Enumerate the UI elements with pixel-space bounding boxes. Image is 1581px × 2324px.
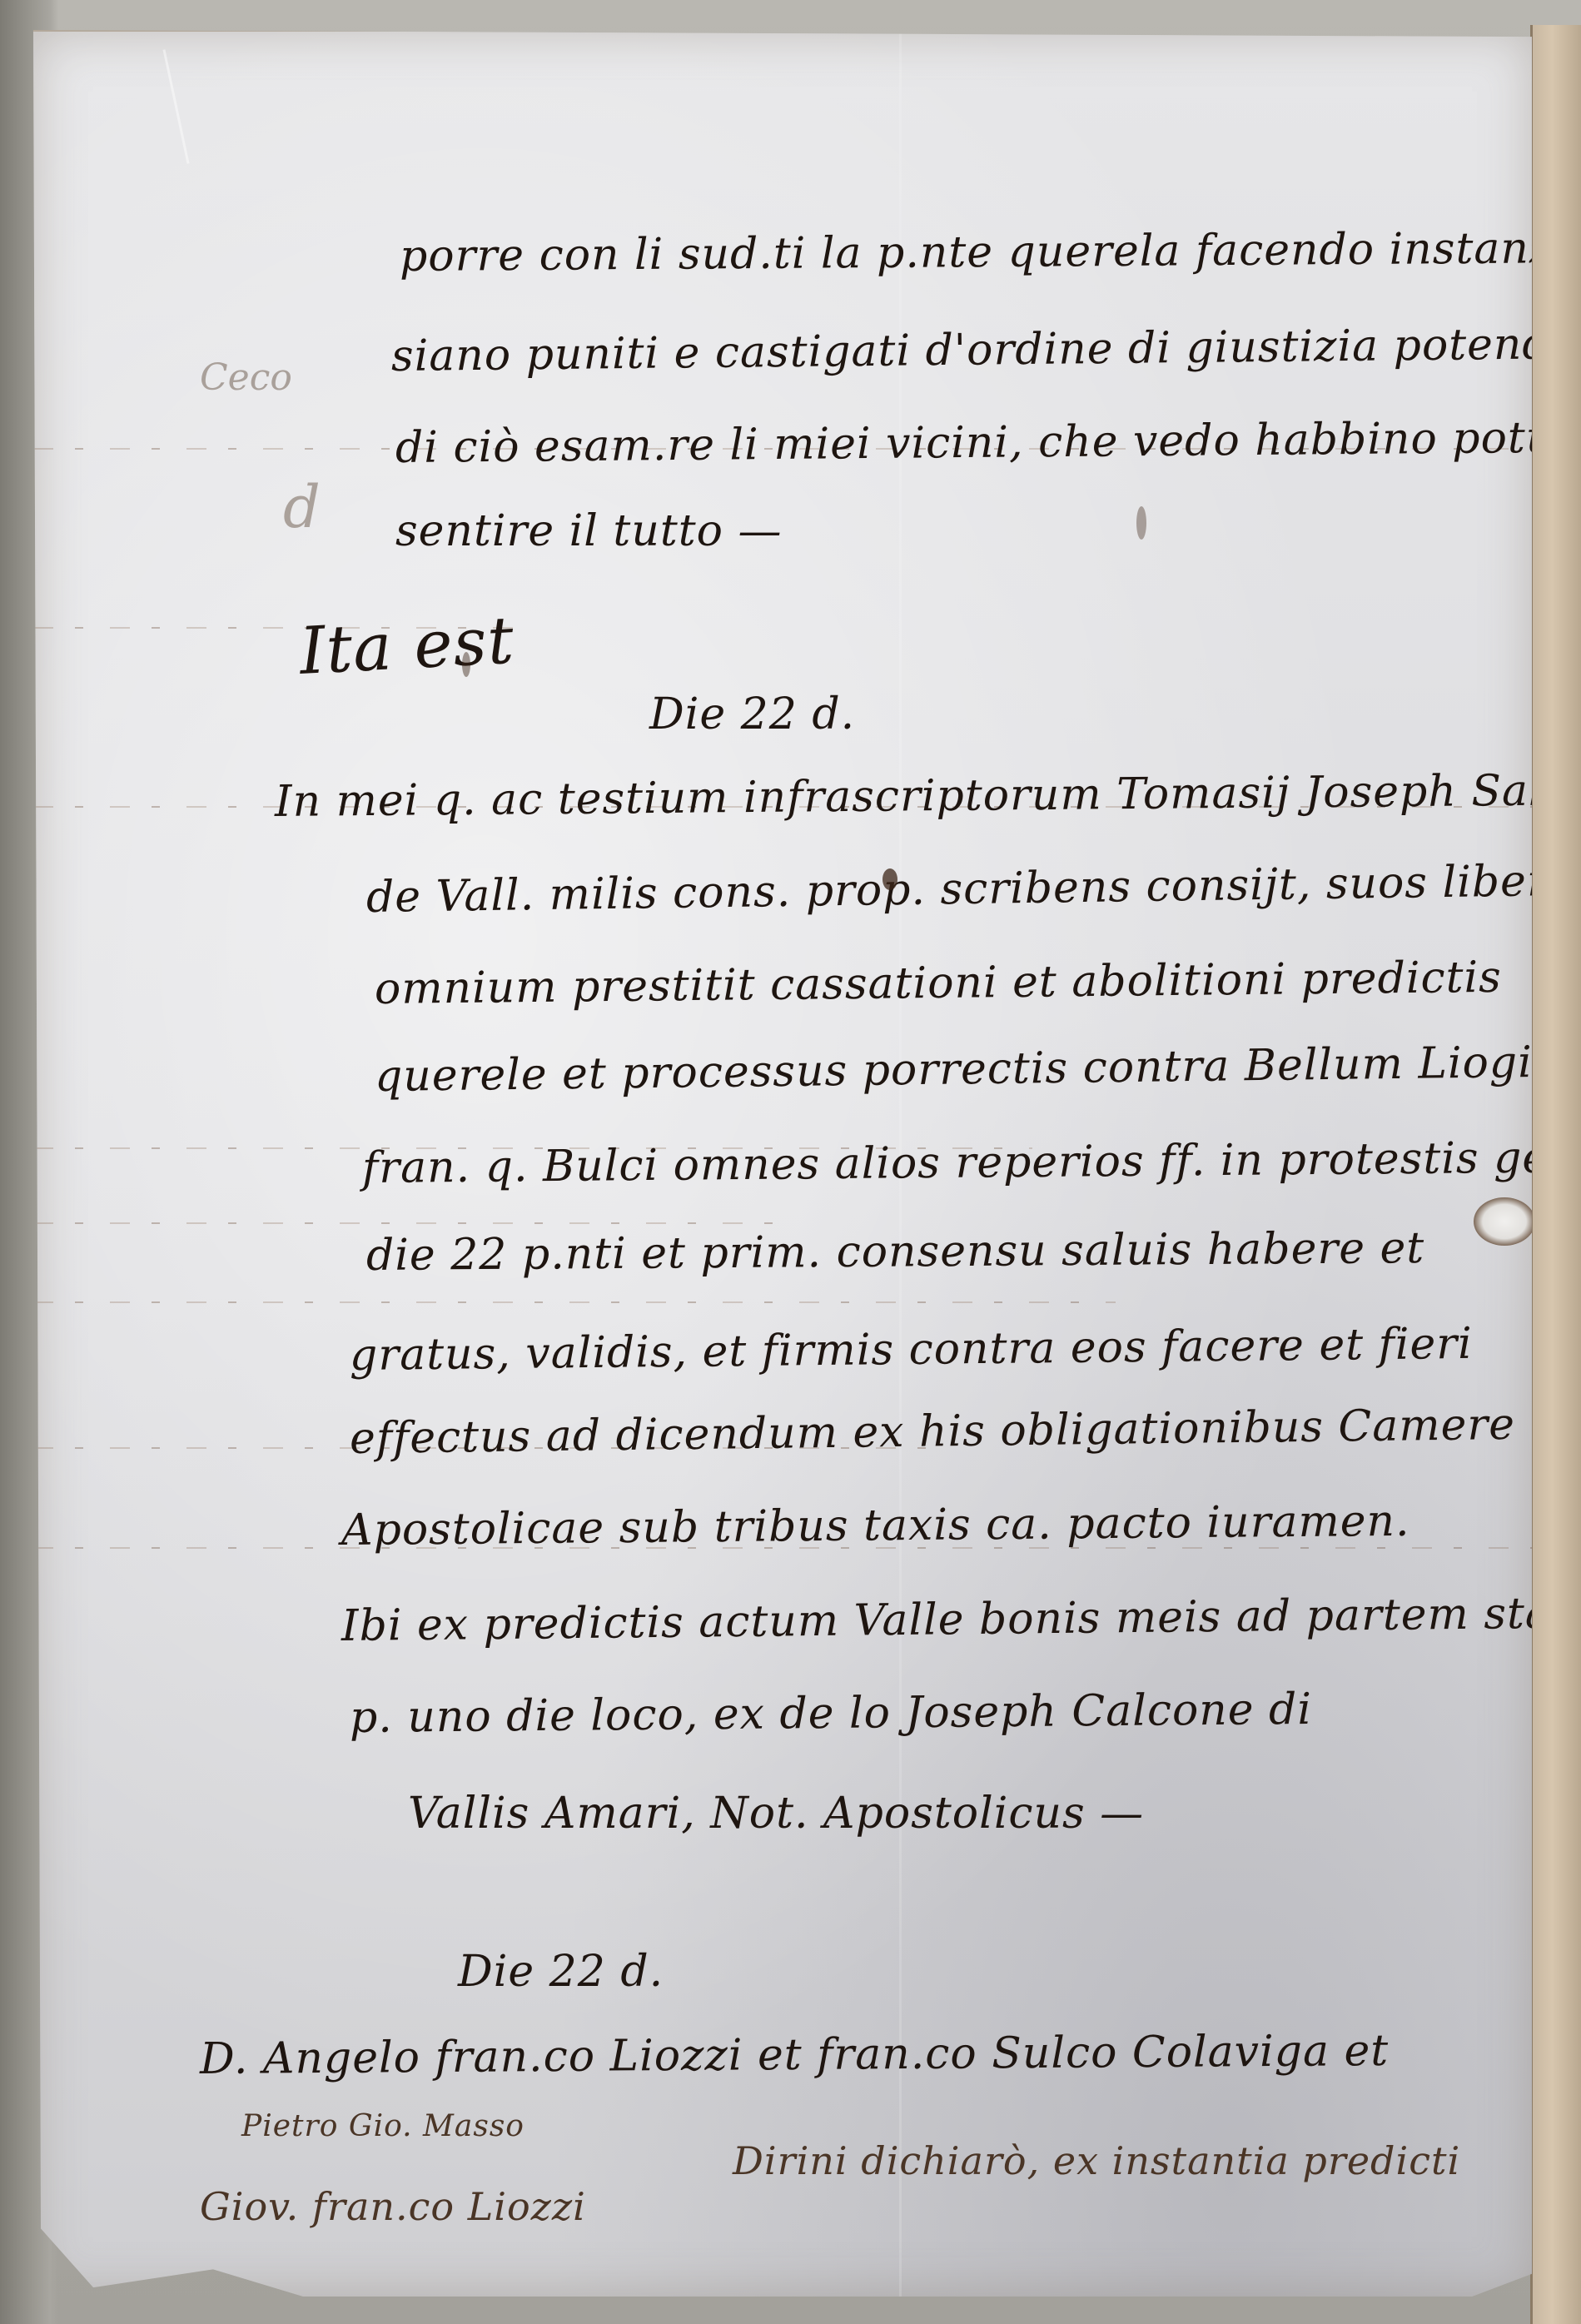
text-line: Dirini dichiarò, ex instantia predicti [733,2138,1460,2183]
date-heading: Die 22 d. [649,689,855,739]
text-line: p. uno die loco, ex de lo Joseph Calcone… [350,1685,1312,1743]
text-line: siano puniti e castigati d'ordine di giu… [391,317,1581,381]
text-line: In mei q. ac testium infrascriptorum Tom… [275,765,1581,827]
text-line: Ibi ex predictis actum Valle bonis meis … [341,1588,1581,1651]
ink-blot [882,868,897,890]
text-line: D. Angelo fran.co Liozzi et fran.co Sulc… [200,2026,1390,2084]
ink-blot [462,652,470,677]
margin-ghost-text: Ceco [200,356,292,399]
date-heading: Die 22 d. [458,1947,664,1997]
text-line: di ciò esam.re li miei vicini, che vedo … [395,412,1581,473]
manuscript-page: Ceco d porre con li sud.ti la p.nte quer… [33,30,1532,2297]
text-line: effectus ad dicendum ex his obligationib… [350,1400,1516,1464]
text-line: gratus, validis, et firmis contra eos fa… [350,1319,1473,1381]
binding-edge [1530,25,1581,2324]
notary-signature-mark: Ita est [298,604,516,689]
text-line: omnium prestitit cassationi et abolition… [375,953,1502,1014]
notary-closing-line: Vallis Amari, Not. Apostolicus — [408,1789,1144,1839]
bleed-through-line [33,1222,783,1224]
text-line: sentire il tutto — [395,506,782,556]
text-line: querele et processus porrectis contra Be… [375,1037,1581,1102]
text-line: die 22 p.nti et prim. consensu saluis ha… [366,1223,1425,1281]
ink-blot [1136,506,1146,540]
text-line: de Vall. milis cons. prop. scribens cons… [366,855,1581,923]
margin-ghost-letter: d [283,473,321,541]
bleed-through-line [33,1301,1116,1303]
text-line: fran. q. Bulci omnes alios reperios ff. … [362,1132,1564,1193]
margin-signature: Giov. fran.co Liozzi [200,2184,586,2229]
text-line: porre con li sud.ti la p.nte querela fac… [400,222,1581,281]
text-line: Apostolicae sub tribus taxis ca. pacto i… [341,1496,1410,1555]
paper-burn-hole [1474,1197,1535,1246]
paper-tear-crease [162,49,189,164]
margin-note: Pietro Gio. Masso [241,2109,525,2143]
